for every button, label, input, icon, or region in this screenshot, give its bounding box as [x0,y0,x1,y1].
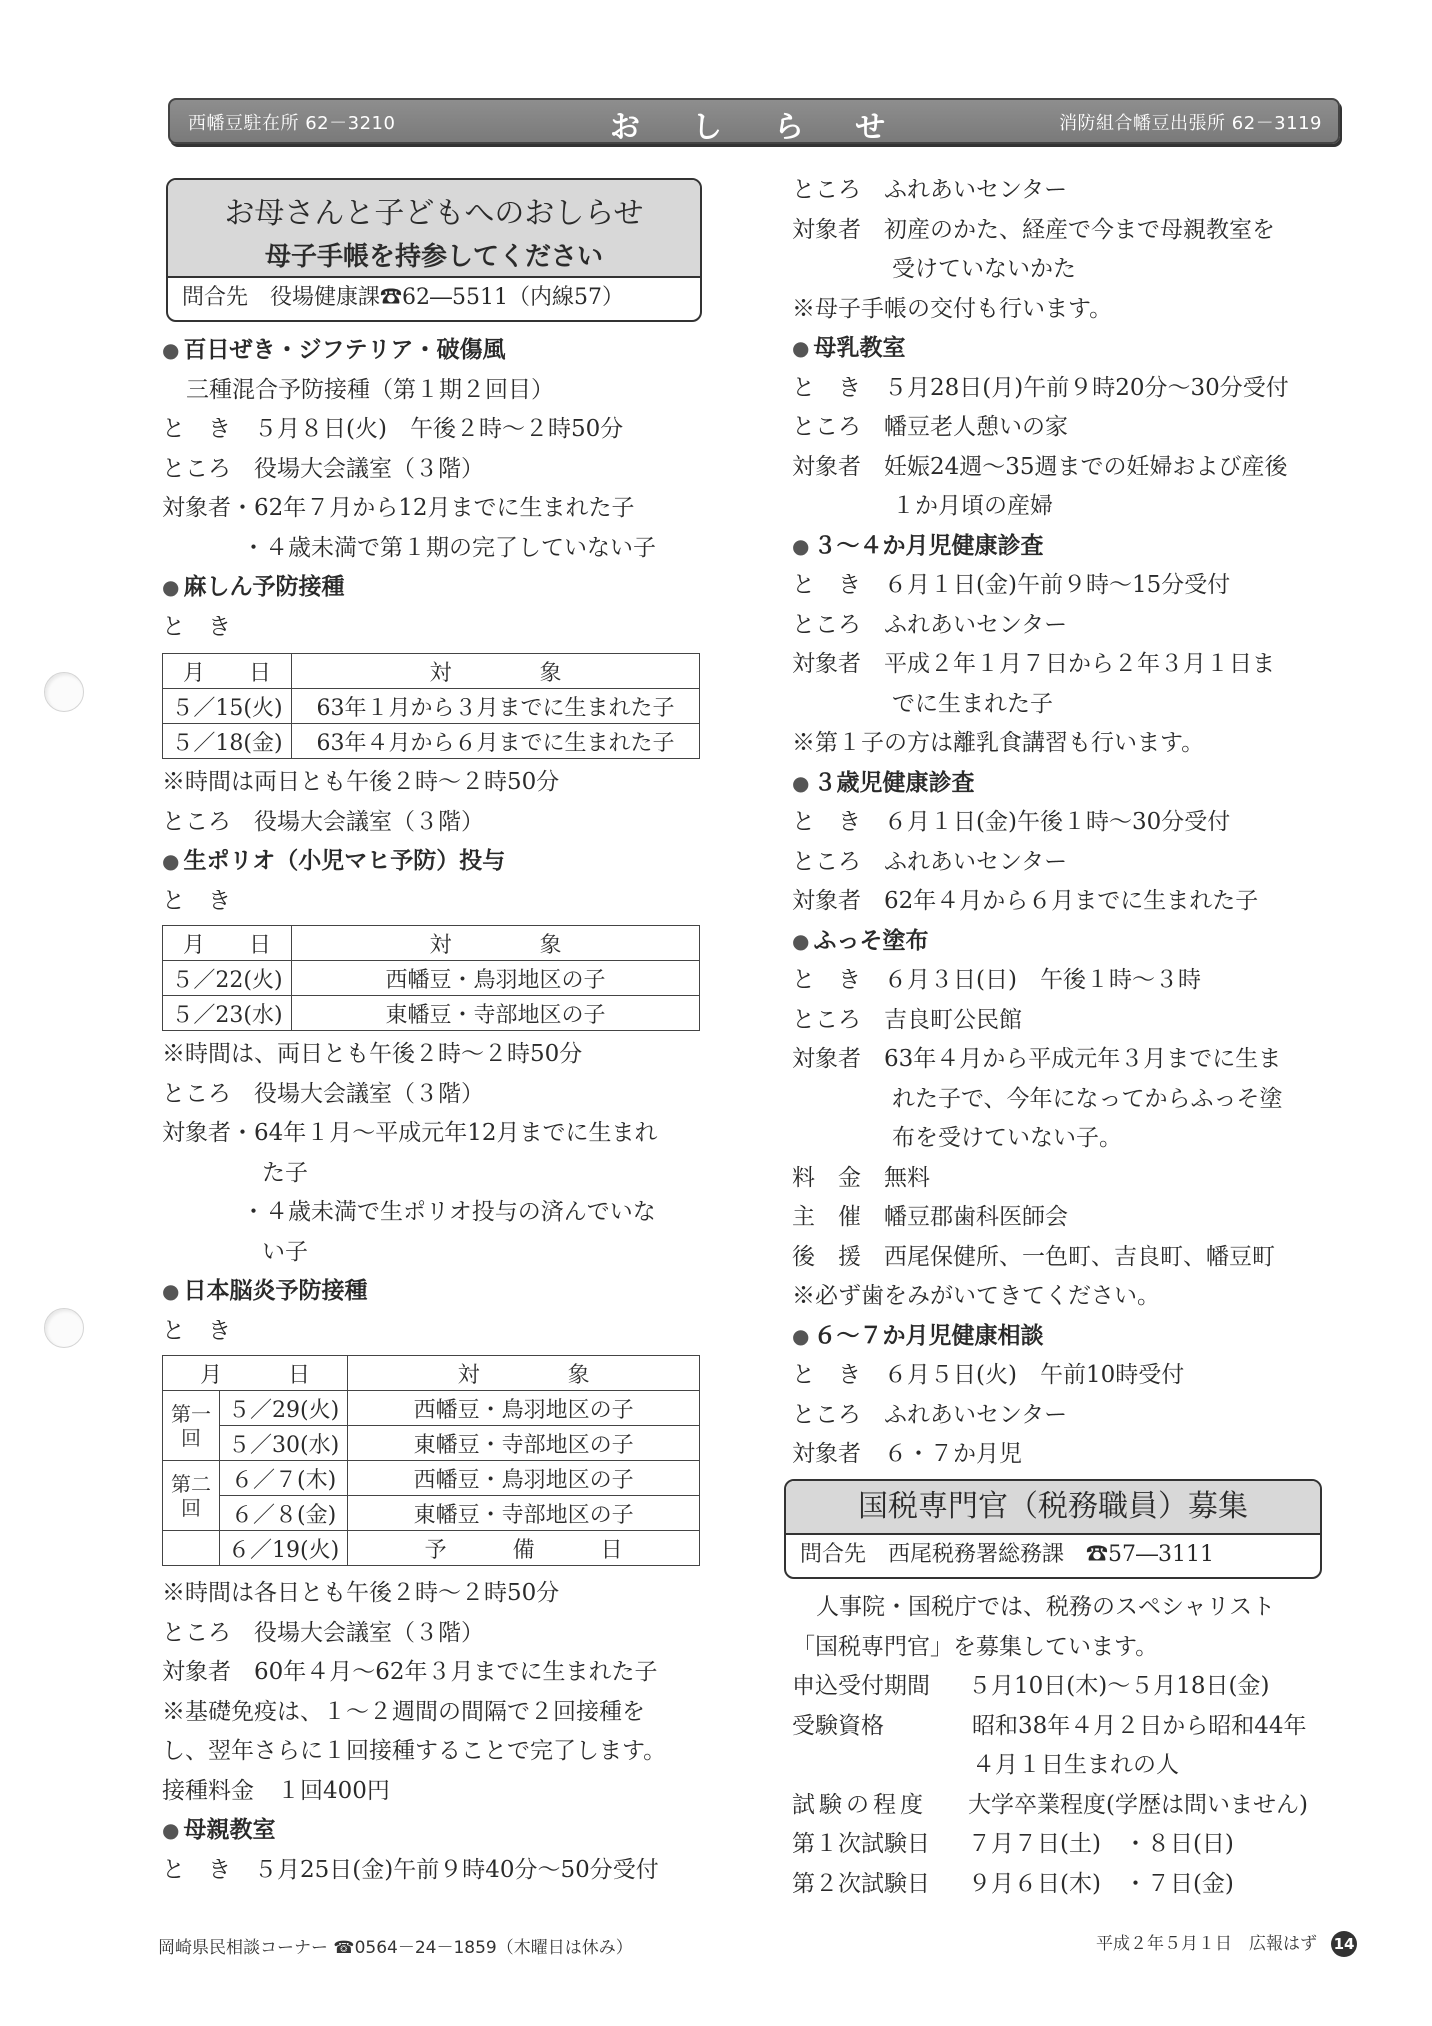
table-header-date: 月 日 [163,654,292,689]
tax-item: 第２次試験日９月６日(木) ・７日(金) [792,1865,1362,1905]
notice-contact: 問合先 役場健康課☎62―5511（内線57） [168,278,700,318]
table-cell-group [163,1531,220,1566]
breastfeeding-line: 対象者 妊娠24週～35週までの妊婦および産後 [792,448,1352,488]
bullet-icon: ● [162,1279,179,1303]
section-heading-consult-6-7m: ●６～７か月児健康相談 [792,1317,1352,1357]
table-header-row: 月 日 対 象 [163,1356,700,1391]
bullet-icon: ● [792,534,809,558]
tax-title: 国税専門官（税務職員）募集 [786,1481,1320,1535]
section-heading-dpt: ●百日ぜき・ジフテリア・破傷風 [162,331,722,371]
checkup-3-4m-line: でに生まれた子 [792,685,1352,725]
fluoride-line: と き ６月３日(日) 午後１時～３時 [792,961,1352,1001]
mothers-class-line: 受けていないかた [792,250,1352,290]
table-row: ５／18(金) 63年４月から６月までに生まれた子 [163,724,700,759]
encephalitis-line: ところ 役場大会議室（３階） [162,1614,722,1654]
table-cell-target: 西幡豆・鳥羽地区の子 [348,1391,700,1426]
breastfeeding-line: １か月頃の産婦 [792,487,1352,527]
table-row: ５／15(火) 63年１月から３月までに生まれた子 [163,689,700,724]
fluoride-line: ※必ず歯をみがいてきてください。 [792,1277,1352,1317]
notice-title-box: お母さんと子どもへのおしらせ 母子手帳を持参してください 問合先 役場健康課☎6… [166,178,702,322]
polio-line: た子 [162,1154,722,1194]
mothers-class-line: ところ ふれあいセンター [792,171,1352,211]
header-fire-station: 消防組合幡豆出張所 62－3119 [1059,109,1322,135]
tax-item-value: 昭和38年４月２日から昭和44年 [972,1713,1307,1739]
page-number-badge: 14 [1331,1931,1357,1957]
fluoride-line: ところ 吉良町公民館 [792,1001,1352,1041]
table-row: ６／19(火) 予 備 日 [163,1531,700,1566]
tax-item: 試験の程度大学卒業程度(学歴は問いません) [792,1786,1362,1826]
tax-item-value: ７月７日(土) ・８日(日) [968,1831,1234,1857]
table-header-target: 対 象 [292,926,700,961]
bullet-icon: ● [792,771,809,795]
consult-6-7m-line: ところ ふれあいセンター [792,1396,1352,1436]
table-row: ５／23(水) 東幡豆・寺部地区の子 [163,996,700,1031]
left-column: ●百日ぜき・ジフテリア・破傷風 三種混合予防接種（第１期２回目） と き ５月８… [162,331,722,1890]
encephalitis-schedule-table: 月 日 対 象 第一回 ５／29(火) 西幡豆・鳥羽地区の子 ５／30(水) 東… [162,1355,700,1566]
tax-item-label: 申込受付期間 [792,1667,968,1707]
mothers-class-line: と き ５月25日(金)午前９時40分～50分受付 [162,1851,722,1891]
polio-line: い子 [162,1233,722,1273]
tax-item-label: 第２次試験日 [792,1865,968,1905]
table-cell-target: 東幡豆・寺部地区の子 [348,1496,700,1531]
tax-item-label: 試験の程度 [792,1786,968,1826]
header-police-box: 西幡豆駐在所 62－3210 [188,109,395,135]
measles-line: ところ 役場大会議室（３階） [162,803,722,843]
punch-hole-bottom [44,1308,84,1348]
table-cell-target: 西幡豆・鳥羽地区の子 [348,1461,700,1496]
dpt-line: と き ５月８日(火) 午後２時～２時50分 [162,410,722,450]
table-row: ５／22(火) 西幡豆・鳥羽地区の子 [163,961,700,996]
checkup-3-4m-line: ※第１子の方は離乳食講習も行います。 [792,724,1352,764]
tax-item: 申込受付期間５月10日(木)～５月18日(金) [792,1667,1362,1707]
table-cell-group: 第一回 [163,1391,220,1461]
table-cell-date: ５／15(火) [163,689,292,724]
table-header-row: 月 日 対 象 [163,654,700,689]
breastfeeding-line: ところ 幡豆老人憩いの家 [792,408,1352,448]
tax-title-box: 国税専門官（税務職員）募集 問合先 西尾税務署総務課 ☎57―3111 [784,1479,1322,1579]
section-heading-polio: ●生ポリオ（小児マヒ予防）投与 [162,842,722,882]
fluoride-line: 主 催 幡豆郡歯科医師会 [792,1198,1352,1238]
bullet-icon: ● [162,575,179,599]
table-cell-date: ５／30(水) [220,1426,348,1461]
table-header-row: 月 日 対 象 [163,926,700,961]
encephalitis-line: し、翌年さらに１回接種することで完了します。 [162,1732,722,1772]
polio-line: ・４歳未満で生ポリオ投与の済んでいな [162,1193,722,1233]
mothers-class-line: 対象者 初産のかた、経産で今まで母親教室を [792,211,1352,251]
fluoride-line: れた子で、今年になってからふっそ塗 [792,1080,1352,1120]
table-cell-target: 63年４月から６月までに生まれた子 [292,724,700,759]
tax-details: 人事院・国税庁では、税務のスペシャリスト 「国税専門官」を募集しています。 申込… [792,1588,1362,1904]
fluoride-line: 布を受けていない子。 [792,1119,1352,1159]
bullet-icon: ● [792,929,809,953]
section-heading-mothers-class: ●母親教室 [162,1811,722,1851]
checkup-3-4m-line: ところ ふれあいセンター [792,606,1352,646]
checkup-3-4m-line: と き ６月１日(金)午前９時～15分受付 [792,566,1352,606]
measles-toki-label: と き [162,608,722,648]
encephalitis-line: 対象者 60年４月～62年３月までに生まれた子 [162,1653,722,1693]
tax-intro-line: 人事院・国税庁では、税務のスペシャリスト [792,1588,1362,1628]
table-row: 第二回 ６／７(木) 西幡豆・鳥羽地区の子 [163,1461,700,1496]
tax-item-label: 第１次試験日 [792,1825,968,1865]
table-cell-date: ５／23(水) [163,996,292,1031]
table-cell-date: ５／22(火) [163,961,292,996]
encephalitis-line: 接種料金 １回400円 [162,1772,722,1812]
table-row: ５／30(水) 東幡豆・寺部地区の子 [163,1426,700,1461]
polio-toki-label: と き [162,882,722,922]
fluoride-line: 料 金 無料 [792,1159,1352,1199]
dpt-line: ・４歳未満で第１期の完了していない子 [162,529,722,569]
polio-schedule-table: 月 日 対 象 ５／22(火) 西幡豆・鳥羽地区の子 ５／23(水) 東幡豆・寺… [162,925,700,1031]
tax-item: 第１次試験日７月７日(土) ・８日(日) [792,1825,1362,1865]
table-cell-target: 東幡豆・寺部地区の子 [292,996,700,1031]
mothers-class-line: ※母子手帳の交付も行います。 [792,290,1352,330]
checkup-3y-line: 対象者 62年４月から６月までに生まれた子 [792,882,1352,922]
bullet-icon: ● [792,336,809,360]
tax-item-value: ４月１日生まれの人 [972,1752,1179,1778]
bullet-icon: ● [792,1324,809,1348]
table-row: 第一回 ５／29(火) 西幡豆・鳥羽地区の子 [163,1391,700,1426]
table-header-target: 対 象 [348,1356,700,1391]
header-bar: 西幡豆駐在所 62－3210 おしらせ 消防組合幡豆出張所 62－3119 [168,98,1340,144]
tax-intro-line: 「国税専門官」を募集しています。 [792,1628,1362,1668]
section-heading-breastfeeding: ●母乳教室 [792,329,1352,369]
table-header-date: 月 日 [163,926,292,961]
encephalitis-line: ※基礎免疫は、１～２週間の間隔で２回接種を [162,1693,722,1733]
section-heading-checkup-3y: ●３歳児健康診査 [792,764,1352,804]
section-heading-encephalitis: ●日本脳炎予防接種 [162,1272,722,1312]
breastfeeding-line: と き ５月28日(月)午前９時20分～30分受付 [792,369,1352,409]
section-heading-checkup-3-4m: ●３～４か月児健康診査 [792,527,1352,567]
footer-publication: 平成２年５月１日 広報はず14 [1096,1929,1357,1957]
consult-6-7m-line: 対象者 ６・７か月児 [792,1435,1352,1475]
bullet-icon: ● [162,1818,179,1842]
punch-hole-top [44,672,84,712]
tax-item: ４月１日生まれの人 [792,1746,1362,1786]
table-cell-date: ６／７(木) [220,1461,348,1496]
measles-line: ※時間は両日とも午後２時～２時50分 [162,763,722,803]
tax-item-value: ９月６日(木) ・７日(金) [968,1871,1234,1897]
checkup-3y-line: と き ６月１日(金)午後１時～30分受付 [792,803,1352,843]
fluoride-line: 後 援 西尾保健所、一色町、吉良町、幡豆町 [792,1238,1352,1278]
table-cell-target: 予 備 日 [348,1531,700,1566]
bullet-icon: ● [162,338,179,362]
consult-6-7m-line: と き ６月５日(火) 午前10時受付 [792,1356,1352,1396]
tax-item: 受験資格昭和38年４月２日から昭和44年 [792,1707,1362,1747]
polio-line: ところ 役場大会議室（３階） [162,1075,722,1115]
table-cell-date: ５／29(火) [220,1391,348,1426]
table-cell-date: ５／18(金) [163,724,292,759]
dpt-line: 三種混合予防接種（第１期２回目） [162,371,722,411]
encephalitis-toki-label: と き [162,1312,722,1352]
tax-item-value: 大学卒業程度(学歴は問いません) [968,1792,1308,1818]
measles-schedule-table: 月 日 対 象 ５／15(火) 63年１月から３月までに生まれた子 ５／18(金… [162,653,700,759]
dpt-line: ところ 役場大会議室（３階） [162,450,722,490]
checkup-3y-line: ところ ふれあいセンター [792,843,1352,883]
table-cell-date: ６／８(金) [220,1496,348,1531]
footer-date-publication: 平成２年５月１日 広報はず [1096,1934,1317,1954]
table-row: ６／８(金) 東幡豆・寺部地区の子 [163,1496,700,1531]
table-header-target: 対 象 [292,654,700,689]
tax-contact: 問合先 西尾税務署総務課 ☎57―3111 [786,1535,1320,1575]
right-column: ところ ふれあいセンター 対象者 初産のかた、経産で今まで母親教室を 受けていな… [792,171,1352,1475]
table-cell-date: ６／19(火) [220,1531,348,1566]
tax-item-label: 受験資格 [792,1707,972,1747]
bullet-icon: ● [162,849,179,873]
encephalitis-line: ※時間は各日とも午後２時～２時50分 [162,1574,722,1614]
dpt-line: 対象者・62年７月から12月までに生まれた子 [162,489,722,529]
table-cell-target: 東幡豆・寺部地区の子 [348,1426,700,1461]
tax-item-value: ５月10日(木)～５月18日(金) [968,1673,1269,1699]
checkup-3-4m-line: 対象者 平成２年１月７日から２年３月１日ま [792,645,1352,685]
notice-title: お母さんと子どもへのおしらせ [168,180,700,232]
section-heading-fluoride: ●ふっそ塗布 [792,922,1352,962]
polio-line: 対象者・64年１月～平成元年12月までに生まれ [162,1114,722,1154]
notice-subtitle: 母子手帳を持参してください [168,232,700,273]
fluoride-line: 対象者 63年４月から平成元年３月までに生ま [792,1040,1352,1080]
table-cell-target: 63年１月から３月までに生まれた子 [292,689,700,724]
section-heading-measles: ●麻しん予防接種 [162,568,722,608]
table-cell-target: 西幡豆・鳥羽地区の子 [292,961,700,996]
table-cell-group: 第二回 [163,1461,220,1531]
polio-line: ※時間は、両日とも午後２時～２時50分 [162,1035,722,1075]
header-title: おしらせ [610,102,937,146]
table-header-date: 月 日 [163,1356,348,1391]
footer-consultation: 岡崎県民相談コーナー ☎0564－24－1859（木曜日は休み） [158,1933,633,1958]
